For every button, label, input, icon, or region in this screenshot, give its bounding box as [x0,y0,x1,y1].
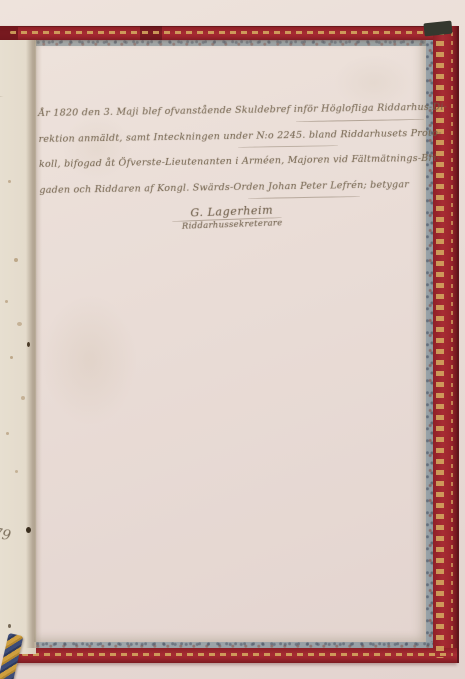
gold-tooling-bottom [22,653,450,656]
foxing-spot [10,356,13,359]
handwritten-text: År 1820 den 3. Maji blef ofvanstående Sk… [38,95,434,203]
foxing-spot [8,180,11,183]
manuscript-photo: År 1820 den 3. Maji blef ofvanstående Sk… [0,0,465,679]
foxing-spot [21,396,25,400]
foxing-spot [6,432,9,435]
marbled-edge-bottom [30,642,433,648]
ink-speck [27,342,30,347]
foxing-spot [15,470,18,473]
gold-tooling-right-outer [451,32,453,656]
foxing-spot [14,258,18,262]
ink-speck [8,624,11,628]
ink-speck [26,527,31,533]
gold-tooling-top [10,31,450,34]
paper-stain [42,295,137,425]
foxing-spot [17,322,22,326]
foxing-spot [5,300,8,303]
gold-tooling-right [436,30,444,658]
